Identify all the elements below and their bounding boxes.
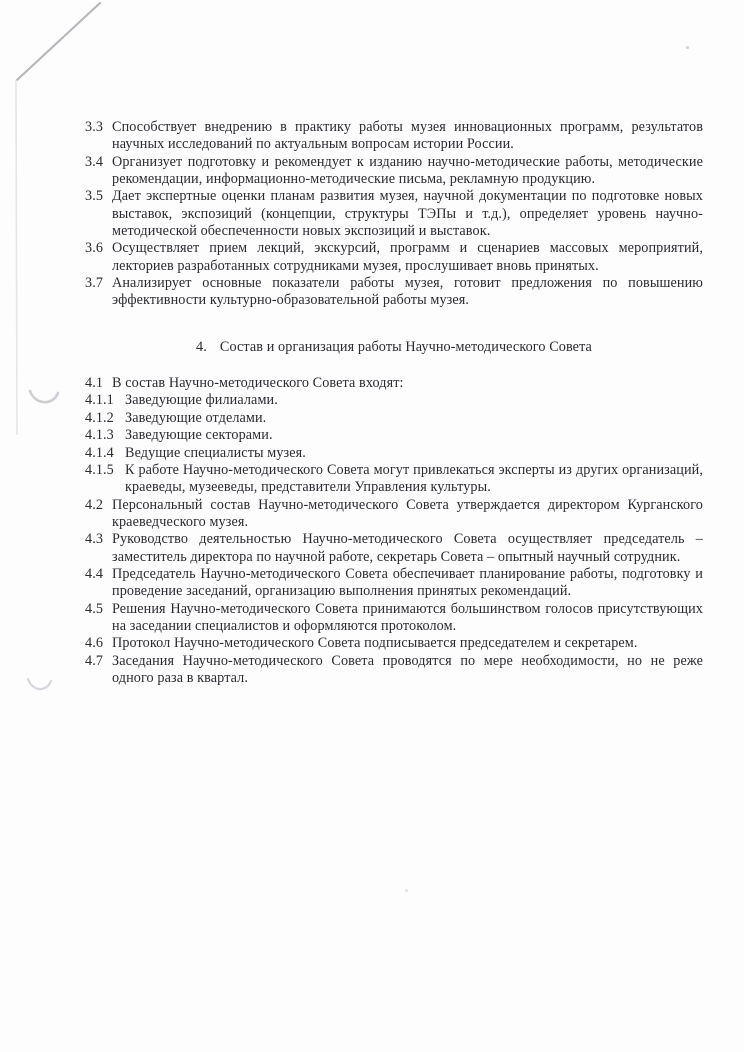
scanned-document-page: 3.3 Способствует внедрению в практику ра…: [0, 0, 744, 1052]
item-number: 4.1.1: [85, 392, 125, 409]
item-text: Заведующие отделами.: [125, 410, 703, 427]
section-title: Состав и организация работы Научно-метод…: [220, 339, 592, 356]
list-item: 4.2 Персональный состав Научно-методичес…: [85, 497, 703, 532]
item-number: 4.6: [85, 635, 112, 652]
item-number: 3.6: [85, 240, 112, 257]
list-item: 4.3 Руководство деятельностью Научно-мет…: [85, 531, 703, 566]
item-number: 4.2: [85, 497, 112, 514]
item-text: Протокол Научно-методического Совета под…: [112, 635, 703, 652]
list-item: 3.7 Анализирует основные показатели рабо…: [85, 275, 703, 310]
item-number: 4.5: [85, 601, 112, 618]
item-text: Заседания Научно-методического Совета пр…: [112, 653, 703, 688]
document-body: 3.3 Способствует внедрению в практику ра…: [85, 119, 703, 687]
item-number: 4.3: [85, 531, 112, 548]
section-heading: 4. Состав и организация работы Научно-ме…: [85, 339, 703, 356]
list-item: 4.7 Заседания Научно-методического Совет…: [85, 653, 703, 688]
list-item: 3.6 Осуществляет прием лекций, экскурсий…: [85, 240, 703, 275]
item-number: 3.7: [85, 275, 112, 292]
list-item: 3.4 Организует подготовку и рекомендует …: [85, 154, 703, 189]
list-item: 4.1.4 Ведущие специалисты музея.: [85, 445, 703, 462]
item-text: Осуществляет прием лекций, экскурсий, пр…: [112, 240, 703, 275]
binding-mark-bottom: [28, 679, 51, 689]
item-text: Заведующие секторами.: [125, 427, 703, 444]
list-item: 4.1.2 Заведующие отделами.: [85, 410, 703, 427]
item-number: 4.7: [85, 653, 112, 670]
list-item: 4.5 Решения Научно-методического Совета …: [85, 601, 703, 636]
item-number: 3.5: [85, 188, 112, 205]
item-number: 3.3: [85, 119, 112, 136]
item-text: Решения Научно-методического Совета прин…: [112, 601, 703, 636]
item-text: Организует подготовку и рекомендует к из…: [112, 154, 703, 189]
scan-crease-line: [17, 3, 100, 80]
list-item: 4.1.1 Заведующие филиалами.: [85, 392, 703, 409]
page-edge-line: [16, 80, 17, 435]
binding-mark-top: [30, 391, 58, 402]
item-text: В состав Научно-методического Совета вхо…: [112, 375, 703, 392]
item-number: 4.4: [85, 566, 112, 583]
list-item: 3.5 Дает экспертные оценки планам развит…: [85, 188, 703, 240]
section-number: 4.: [196, 339, 207, 356]
item-number: 3.4: [85, 154, 112, 171]
item-text: Председатель Научно-методического Совета…: [112, 566, 703, 601]
item-number: 4.1: [85, 375, 112, 392]
list-item: 4.1.3 Заведующие секторами.: [85, 427, 703, 444]
scan-speck: [686, 46, 689, 49]
item-text: Ведущие специалисты музея.: [125, 445, 703, 462]
list-item: 4.6 Протокол Научно-методического Совета…: [85, 635, 703, 652]
item-number: 4.1.5: [85, 462, 125, 479]
item-text: Дает экспертные оценки планам развития м…: [112, 188, 703, 240]
item-text: Руководство деятельностью Научно-методич…: [112, 531, 703, 566]
item-number: 4.1.2: [85, 410, 125, 427]
item-number: 4.1.3: [85, 427, 125, 444]
list-item: 4.1 В состав Научно-методического Совета…: [85, 375, 703, 392]
item-number: 4.1.4: [85, 445, 125, 462]
item-text: Персональный состав Научно-методического…: [112, 497, 703, 532]
scan-speck: [405, 889, 408, 892]
list-item: 4.4 Председатель Научно-методического Со…: [85, 566, 703, 601]
item-text: Заведующие филиалами.: [125, 392, 703, 409]
item-text: Анализирует основные показатели работы м…: [112, 275, 703, 310]
list-item: 4.1.5 К работе Научно-методического Сове…: [85, 462, 703, 497]
list-item: 3.3 Способствует внедрению в практику ра…: [85, 119, 703, 154]
item-text: Способствует внедрению в практику работы…: [112, 119, 703, 154]
item-text: К работе Научно-методического Совета мог…: [125, 462, 703, 497]
